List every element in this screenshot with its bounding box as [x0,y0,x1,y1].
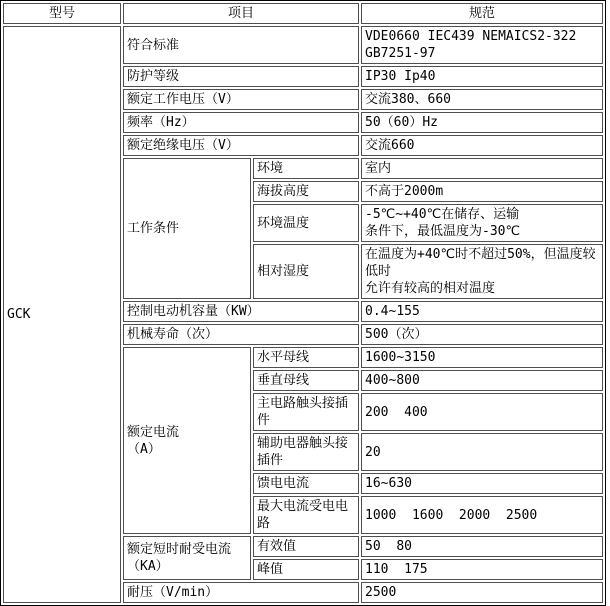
item-label: 额定电流 （A） [123,347,251,534]
item-label: 额定工作电压（V） [123,89,359,110]
sub-item-label: 有效值 [253,536,359,557]
spec-value: 500（次） [361,324,603,345]
item-label: 耐压（V/min） [123,582,359,603]
item-label: 工作条件 [123,158,251,299]
spec-value: 50 80 [361,536,603,557]
item-label: 频率（Hz） [123,112,359,133]
header-item: 项目 [123,3,359,24]
spec-value: VDE0660 IEC439 NEMAICS2-322 GB7251-97 [361,26,603,64]
item-label: 机械寿命（次） [123,324,359,345]
sub-item-label: 水平母线 [253,347,359,368]
sub-item-label: 环境 [253,158,359,179]
header-spec: 规范 [361,3,603,24]
spec-value: 200 400 [361,393,603,431]
item-label: 符合标准 [123,26,359,64]
sub-item-label: 主电路触头接插件 [253,393,359,431]
spec-value: 0.4~155 [361,301,603,322]
spec-value: IP30 Ip40 [361,66,603,87]
spec-value: 50（60）Hz [361,112,603,133]
sub-item-label: 最大电流受电电路 [253,496,359,534]
spec-value: 交流380、660 [361,89,603,110]
spec-value: 16~630 [361,473,603,494]
spec-value: 不高于2000m [361,181,603,202]
spec-value: 20 [361,433,603,471]
spec-value: 在温度为+40℃时不超过50%，但温度较低时 允许有较高的相对温度 [361,244,603,299]
spec-value: 110 175 [361,559,603,580]
item-label: 控制电动机容量（KW） [123,301,359,322]
sub-item-label: 峰值 [253,559,359,580]
spec-value: 交流660 [361,135,603,156]
spec-value: 1600~3150 [361,347,603,368]
sub-item-label: 垂直母线 [253,370,359,391]
item-label: 额定短时耐受电流 （KA） [123,536,251,580]
header-model: 型号 [3,3,121,24]
sub-item-label: 馈电电流 [253,473,359,494]
item-label: 额定绝缘电压（V） [123,135,359,156]
sub-item-label: 海拔高度 [253,181,359,202]
sub-item-label: 相对湿度 [253,244,359,299]
model-cell: GCK [3,26,121,603]
spec-value: -5℃~+40℃在储存、运输 条件下，最低温度为-30℃ [361,204,603,242]
spec-value: 400~800 [361,370,603,391]
spec-value: 室内 [361,158,603,179]
header-row: 型号 项目 规范 [3,3,603,24]
sub-item-label: 环境温度 [253,204,359,242]
spec-value: 2500 [361,582,603,603]
spec-value: 1000 1600 2000 2500 [361,496,603,534]
table-row: GCK 符合标准 VDE0660 IEC439 NEMAICS2-322 GB7… [3,26,603,64]
item-label: 防护等级 [123,66,359,87]
spec-table: 型号 项目 规范 GCK 符合标准 VDE0660 IEC439 NEMAICS… [0,0,606,606]
sub-item-label: 辅助电器触头接插件 [253,433,359,471]
